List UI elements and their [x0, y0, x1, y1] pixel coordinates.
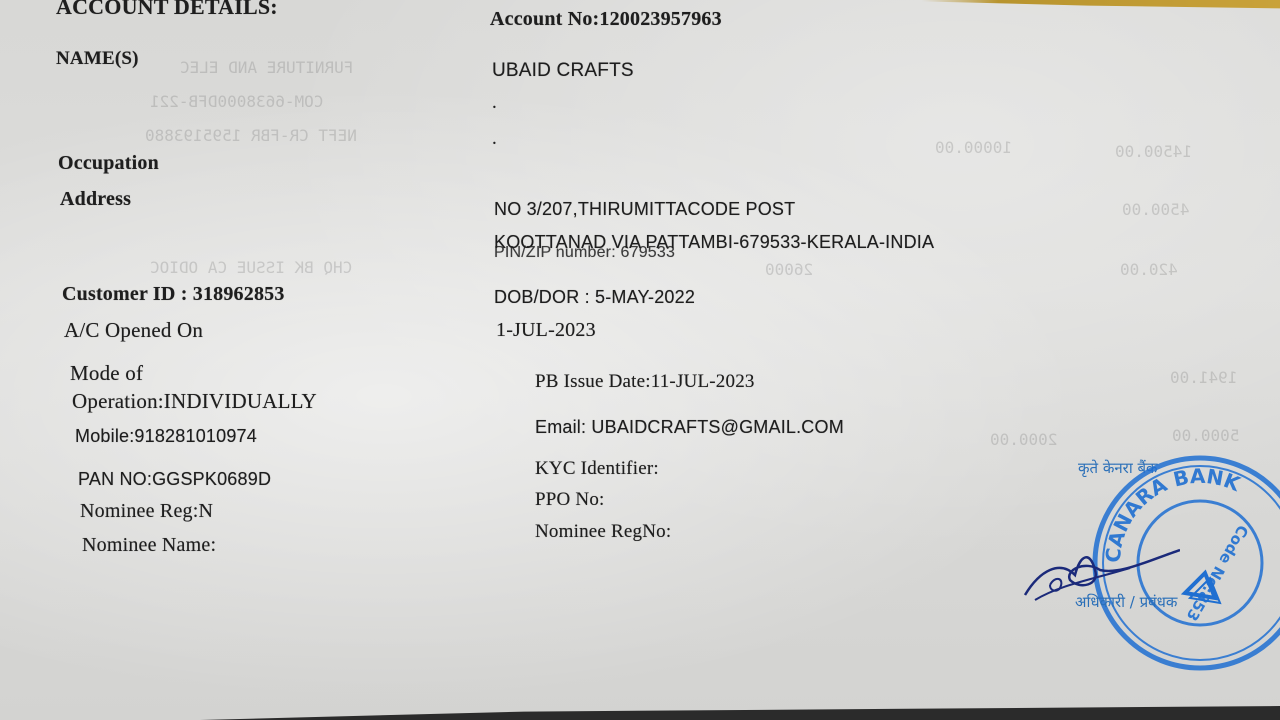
- nominee-regno: Nominee RegNo:: [535, 521, 671, 543]
- occupation-dot: .: [492, 92, 497, 114]
- bleed-through-text: 2000.00: [990, 430, 1057, 449]
- bleed-through-text: 4500.00: [1122, 200, 1189, 219]
- pb-issue-date: PB Issue Date:11-JUL-2023: [535, 371, 755, 393]
- ac-opened-value: 1-JUL-2023: [496, 319, 596, 342]
- bleed-through-text: FURNITURE AND ELEC: [180, 58, 353, 77]
- nominee-reg: Nominee Reg:N: [80, 500, 213, 523]
- dob-dor: DOB/DOR : 5-MAY-2022: [494, 287, 695, 308]
- bleed-through-text: COM-6638000DFB-221: [150, 92, 323, 111]
- ppo-number: PPO No:: [535, 489, 605, 511]
- occupation-dot: .: [492, 128, 497, 150]
- bleed-through-text: NEFT CR-FBR 1595193880: [145, 126, 357, 145]
- stamp-hindi-bottom: अधिकारी / प्रबंधक: [1075, 592, 1177, 612]
- passbook-page: FURNITURE AND ELEC COM-6638000DFB-221 NE…: [0, 0, 1280, 720]
- bleed-through-text: 1941.00: [1170, 368, 1237, 387]
- mobile-number: Mobile:918281010974: [75, 426, 257, 447]
- bleed-through-text: 420.00: [1120, 260, 1178, 279]
- address-label: Address: [60, 188, 131, 211]
- section-title: ACCOUNT DETAILS:: [56, 0, 278, 20]
- mode-of-operation-value: Operation:INDIVIDUALLY: [72, 389, 317, 414]
- nominee-name-label: Nominee Name:: [82, 534, 216, 557]
- ac-opened-label: A/C Opened On: [64, 318, 203, 343]
- bleed-through-text: 10000.00: [935, 138, 1012, 157]
- page-bottom-edge: [200, 706, 1280, 720]
- mode-of-operation-label: Mode of: [70, 361, 143, 386]
- customer-id: Customer ID : 318962853: [62, 283, 285, 306]
- email: Email: UBAIDCRAFTS@GMAIL.COM: [535, 417, 844, 438]
- bleed-through-text: 5000.00: [1172, 426, 1239, 445]
- bleed-through-text: 14500.00: [1115, 142, 1192, 161]
- address-line-1: NO 3/207,THIRUMITTACODE POST: [494, 199, 795, 220]
- names-label: NAME(S): [56, 48, 139, 70]
- account-number: Account No:120023957963: [490, 8, 722, 31]
- account-holder-name: UBAID CRAFTS: [492, 60, 634, 82]
- bleed-through-text: CHQ BK ISSUE CA ODIOC: [150, 258, 352, 277]
- pin-zip: PIN/ZIP number: 679533: [494, 244, 675, 262]
- occupation-label: Occupation: [58, 152, 159, 175]
- bleed-through-text: 26000: [765, 260, 813, 279]
- kyc-identifier: KYC Identifier:: [535, 458, 659, 480]
- pan-number: PAN NO:GGSPK0689D: [78, 469, 271, 490]
